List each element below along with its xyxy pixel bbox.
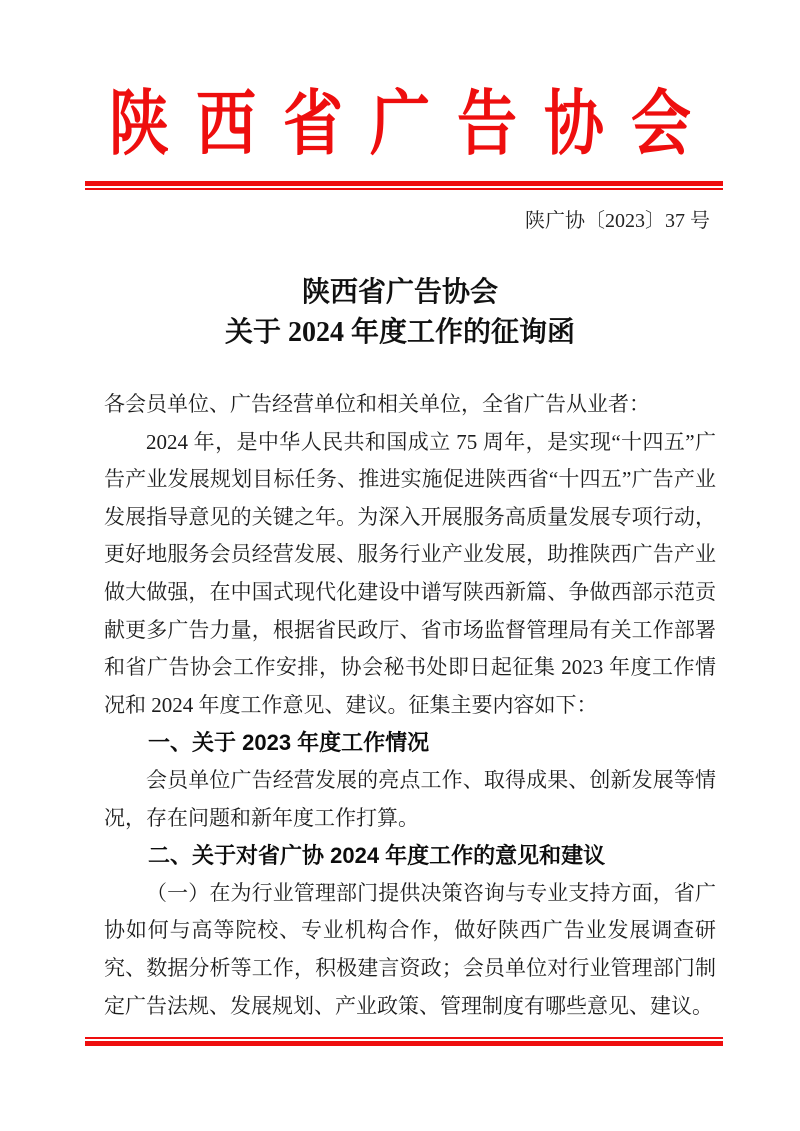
section-2-heading: 二、关于对省广协 2024 年度工作的意见和建议 [104, 837, 716, 875]
document-title: 陕西省广告协会 关于 2024 年度工作的征询函 [0, 273, 800, 353]
document-title-line1: 陕西省广告协会 [0, 273, 800, 313]
document-title-line2: 关于 2024 年度工作的征询函 [0, 313, 800, 353]
section-1-heading: 一、关于 2023 年度工作情况 [104, 724, 716, 762]
letterhead-divider [85, 181, 723, 190]
document-page: 陕 西 省 广 告 协 会 陕广协〔2023〕37 号 陕西省广告协会 关于 2… [0, 0, 800, 1131]
document-body: 各会员单位、广告经营单位和相关单位，全省广告从业者： 2024 年，是中华人民共… [104, 386, 716, 1025]
footer-divider [85, 1037, 723, 1046]
section-2-paragraph: （一）在为行业管理部门提供决策咨询与专业支持方面，省广协如何与高等院校、专业机构… [104, 875, 716, 1025]
letterhead-org-title: 陕 西 省 广 告 协 会 [0, 78, 800, 170]
intro-paragraph: 2024 年，是中华人民共和国成立 75 周年，是实现“十四五”广告产业发展规划… [104, 424, 716, 725]
document-number: 陕广协〔2023〕37 号 [525, 206, 710, 236]
section-1-paragraph: 会员单位广告经营发展的亮点工作、取得成果、创新发展等情况，存在问题和新年度工作打… [104, 762, 716, 837]
salutation: 各会员单位、广告经营单位和相关单位，全省广告从业者： [104, 386, 716, 424]
